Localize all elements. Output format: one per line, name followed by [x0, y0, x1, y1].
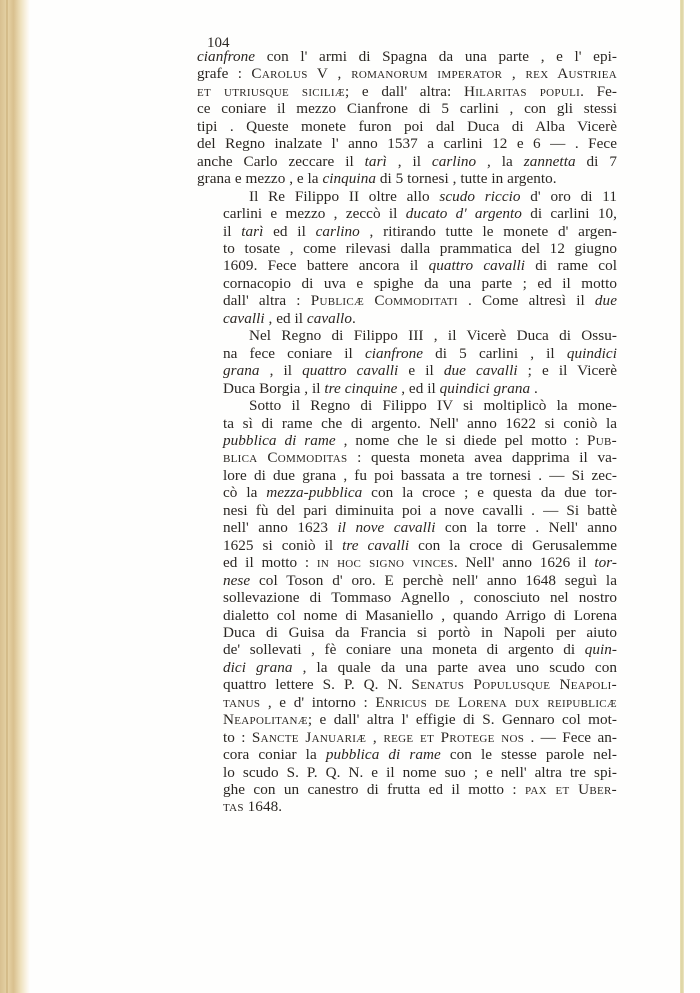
italic-term: pubblica di rame	[326, 746, 441, 763]
italic-term: grana	[223, 362, 260, 379]
text-run: dialetto col nome di Masaniello , quando…	[223, 607, 617, 624]
small-caps-inscription: Publicæ Commoditati	[311, 292, 458, 309]
text-run: ; e dall' altra:	[345, 83, 464, 100]
text-run: to tosate , come rilevasi dalla prammati…	[223, 240, 617, 257]
body-text: cianfrone con l' armi di Spagna da una p…	[197, 48, 617, 816]
text-line: dialetto col nome di Masaniello , quando…	[197, 607, 617, 624]
text-line: carlini e mezzo , zeccò il ducato d' arg…	[197, 205, 617, 222]
paragraph: cianfrone con l' armi di Spagna da una p…	[197, 48, 617, 188]
italic-term: due	[595, 292, 617, 309]
small-caps-inscription: tanus	[223, 694, 260, 711]
text-line: cianfrone con l' armi di Spagna da una p…	[197, 48, 617, 65]
text-line: cora coniar la pubblica di rame con le s…	[197, 746, 617, 763]
text-run: , ritirando tutte le monete d' argen-	[360, 223, 617, 240]
text-run: cornacopio di uva e spighe da una parte …	[223, 275, 617, 292]
italic-term: tarì	[365, 153, 387, 170]
text-run: .	[352, 310, 356, 327]
text-line: Nel Regno di Filippo III , il Vicerè Duc…	[197, 327, 617, 344]
small-caps-inscription: Carolus V , romanorum imperator , rex Au…	[251, 65, 617, 82]
small-caps-inscription: in hoc signo vinces	[317, 554, 454, 571]
text-run: de' sollevati , fè coniare una moneta di…	[223, 641, 585, 658]
text-line: grafe : Carolus V , romanorum imperator …	[197, 65, 617, 82]
italic-term: mezza-pubblica	[266, 484, 362, 501]
text-run: nell' anno 1623	[223, 519, 337, 536]
text-line: Il Re Filippo II oltre allo scudo riccio…	[197, 188, 617, 205]
text-run: , la	[476, 153, 524, 170]
text-run: con la croce ; e questa da due tor-	[362, 484, 617, 501]
small-caps-inscription: et utriusque siciliæ	[197, 83, 345, 100]
text-line: tanus , e d' intorno : Enricus de Lorena…	[197, 694, 617, 711]
italic-term: ducato d' argento	[406, 205, 522, 222]
text-run: anche Carlo zeccare il	[197, 153, 365, 170]
text-run: ; e il Vicerè	[518, 362, 617, 379]
text-run: di carlini 10,	[522, 205, 617, 222]
text-run: carlini e mezzo , zeccò il	[223, 205, 406, 222]
text-run: quattro lettere S. P. Q. N.	[223, 676, 411, 693]
text-line: to : Sancte Januariæ , rege et Protege n…	[197, 729, 617, 746]
text-run: grana e mezzo , e la	[197, 170, 322, 187]
small-caps-inscription: pax et Uber-	[525, 781, 617, 798]
italic-term: quin-	[585, 641, 617, 658]
paragraph: Sotto il Regno di Filippo IV si moltipli…	[197, 397, 617, 816]
small-caps-inscription: Senatus Populusque Neapoli-	[411, 676, 617, 693]
text-run: ghe con un canestro di frutta ed il mott…	[223, 781, 525, 798]
small-caps-inscription: Neapolitanæ	[223, 711, 308, 728]
text-line: to tosate , come rilevasi dalla prammati…	[197, 240, 617, 257]
italic-term: due cavalli	[444, 362, 518, 379]
book-page: 104 cianfrone con l' armi di Spagna da u…	[197, 34, 617, 816]
text-run: nesi fù del pari diminuita poi a nove ca…	[223, 502, 617, 519]
text-line: Neapolitanæ; e dall' altra l' effigie di…	[197, 711, 617, 728]
text-run: ; e dall' altra l' effigie di S. Gennaro…	[308, 711, 617, 728]
page-number: 104	[207, 34, 617, 48]
text-run: 1625 si coniò il	[223, 537, 342, 554]
text-line: lore di due grana , fu poi bassata a tre…	[197, 467, 617, 484]
text-line: nesi fù del pari diminuita poi a nove ca…	[197, 502, 617, 519]
text-run: , il	[260, 362, 303, 379]
text-line: nese col Toson d' oro. E perchè nell' an…	[197, 572, 617, 589]
text-run: con l' armi di Spagna da una parte , e l…	[255, 48, 617, 65]
text-run: .	[530, 380, 538, 397]
text-line: dici grana , la quale da una parte avea …	[197, 659, 617, 676]
text-run: d' oro di 11	[521, 188, 617, 205]
text-run: ta sì di rame che di argento. Nell' anno…	[223, 415, 617, 432]
text-run: con le stesse parole nel-	[441, 746, 617, 763]
small-caps-inscription: Hilaritas populi	[464, 83, 580, 100]
text-run: Il Re Filippo II oltre allo	[249, 188, 439, 205]
text-run: lo scudo S. P. Q. N. e il nome suo ; e n…	[223, 764, 617, 781]
italic-term: tarì	[241, 223, 263, 240]
text-run: ed il	[263, 223, 315, 240]
text-line: tipi . Queste monete furon poi dal Duca …	[197, 118, 617, 135]
italic-term: zannetta	[524, 153, 576, 170]
text-line: tas 1648.	[197, 798, 617, 815]
text-line: lo scudo S. P. Q. N. e il nome suo ; e n…	[197, 764, 617, 781]
italic-term: carlino	[432, 153, 476, 170]
text-run: col Toson d' oro. E perchè nell' anno 16…	[250, 572, 617, 589]
text-line: cò la mezza-pubblica con la croce ; e qu…	[197, 484, 617, 501]
text-run: con la croce di Gerusalemme	[409, 537, 617, 554]
italic-term: tre cinquine	[324, 380, 397, 397]
text-line: nell' anno 1623 il nove cavalli con la t…	[197, 519, 617, 536]
text-line: blica Commoditas : questa moneta avea da…	[197, 449, 617, 466]
text-run: di rame col	[525, 257, 617, 274]
text-line: ce coniare il mezzo Cianfrone di 5 carli…	[197, 100, 617, 117]
text-run: ed il motto :	[223, 554, 317, 571]
text-line: et utriusque siciliæ; e dall' altra: Hil…	[197, 83, 617, 100]
text-line: ed il motto : in hoc signo vinces. Nell'…	[197, 554, 617, 571]
text-line: grana e mezzo , e la cinquina di 5 torne…	[197, 170, 617, 187]
text-run: Nel Regno di Filippo III , il Vicerè Duc…	[249, 327, 617, 344]
text-line: pubblica di rame , nome che le si diede …	[197, 432, 617, 449]
text-run: . Fe-	[580, 83, 617, 100]
text-run: del Regno inalzate l' anno 1537 a carlin…	[197, 135, 617, 152]
text-run: dall' altra :	[223, 292, 311, 309]
text-run: . Come altresì il	[458, 292, 595, 309]
text-line: ta sì di rame che di argento. Nell' anno…	[197, 415, 617, 432]
text-line: anche Carlo zeccare il tarì , il carlino…	[197, 153, 617, 170]
italic-term: cavallo	[307, 310, 352, 327]
text-run: e il	[398, 362, 443, 379]
small-caps-inscription: blica Commoditas	[223, 449, 347, 466]
text-run: di 5 tornesi , tutte in argento.	[376, 170, 557, 187]
italic-term: pubblica di rame	[223, 432, 336, 449]
italic-term: quindici grana	[440, 380, 531, 397]
text-run: con la torre . Nell' anno	[435, 519, 617, 536]
text-run: . Nell' anno 1626 il	[454, 554, 595, 571]
text-run: . — Fece an-	[524, 729, 617, 746]
small-caps-inscription: Enricus de Lorena dux reipublicæ	[375, 694, 617, 711]
text-line: Duca Borgia , il tre cinquine , ed il qu…	[197, 380, 617, 397]
text-run: , ed il	[265, 310, 307, 327]
italic-term: carlino	[316, 223, 360, 240]
text-run: , nome che le si diede pel motto :	[336, 432, 587, 449]
text-line: del Regno inalzate l' anno 1537 a carlin…	[197, 135, 617, 152]
small-caps-inscription: tas	[223, 798, 244, 815]
text-line: na fece coniare il cianfrone di 5 carlin…	[197, 345, 617, 362]
paragraph: Il Re Filippo II oltre allo scudo riccio…	[197, 188, 617, 328]
text-line: cornacopio di uva e spighe da una parte …	[197, 275, 617, 292]
text-run: cò la	[223, 484, 266, 501]
italic-term: quindici	[567, 345, 617, 362]
text-run: Sotto il Regno di Filippo IV si moltipli…	[249, 397, 617, 414]
italic-term: cavalli	[223, 310, 265, 327]
text-line: de' sollevati , fè coniare una moneta di…	[197, 641, 617, 658]
text-line: ghe con un canestro di frutta ed il mott…	[197, 781, 617, 798]
text-run: , il	[387, 153, 432, 170]
text-run: 1648.	[244, 798, 282, 815]
text-run: to :	[223, 729, 252, 746]
text-run: na fece coniare il	[223, 345, 365, 362]
text-line: cavalli , ed il cavallo.	[197, 310, 617, 327]
italic-term: cianfrone	[197, 48, 255, 65]
small-caps-inscription: Pub-	[587, 432, 617, 449]
text-run: Duca Borgia , il	[223, 380, 324, 397]
paragraph: Nel Regno di Filippo III , il Vicerè Duc…	[197, 327, 617, 397]
text-run: lore di due grana , fu poi bassata a tre…	[223, 467, 617, 484]
small-caps-inscription: Sancte Januariæ , rege et Protege nos	[252, 729, 524, 746]
text-run: , la quale da una parte avea uno scudo c…	[293, 659, 617, 676]
text-run: , e d' intorno :	[260, 694, 375, 711]
text-run: cora coniar la	[223, 746, 326, 763]
text-line: il tarì ed il carlino , ritirando tutte …	[197, 223, 617, 240]
italic-term: quattro cavalli	[302, 362, 398, 379]
text-line: quattro lettere S. P. Q. N. Senatus Popu…	[197, 676, 617, 693]
italic-term: tor-	[594, 554, 617, 571]
text-run: Duca di Guisa da Francia si portò in Nap…	[223, 624, 617, 641]
text-run: grafe :	[197, 65, 251, 82]
book-spine-edge	[0, 0, 30, 993]
text-run: sollevazione di Tommaso Agnello , conosc…	[223, 589, 617, 606]
text-line: dall' altra : Publicæ Commoditati . Come…	[197, 292, 617, 309]
italic-term: dici grana	[223, 659, 293, 676]
text-run: tipi . Queste monete furon poi dal Duca …	[197, 118, 617, 135]
text-run: il	[223, 223, 241, 240]
text-line: Sotto il Regno di Filippo IV si moltipli…	[197, 397, 617, 414]
text-run: 1609. Fece battere ancora il	[223, 257, 429, 274]
page-fore-edge	[680, 0, 700, 993]
italic-term: tre cavalli	[342, 537, 409, 554]
text-line: Duca di Guisa da Francia si portò in Nap…	[197, 624, 617, 641]
italic-term: cianfrone	[365, 345, 423, 362]
text-run: , ed il	[397, 380, 439, 397]
text-line: 1625 si coniò il tre cavalli con la croc…	[197, 537, 617, 554]
text-run: di 5 carlini , il	[423, 345, 567, 362]
text-line: 1609. Fece battere ancora il quattro cav…	[197, 257, 617, 274]
italic-term: nese	[223, 572, 250, 589]
italic-term: il nove cavalli	[337, 519, 435, 536]
italic-term: cinquina	[322, 170, 376, 187]
text-line: sollevazione di Tommaso Agnello , conosc…	[197, 589, 617, 606]
italic-term: quattro cavalli	[429, 257, 525, 274]
italic-term: scudo riccio	[439, 188, 520, 205]
text-run: : questa moneta avea dapprima il va-	[347, 449, 617, 466]
text-run: ce coniare il mezzo Cianfrone di 5 carli…	[197, 100, 617, 117]
text-run: di 7	[576, 153, 617, 170]
text-line: grana , il quattro cavalli e il due cava…	[197, 362, 617, 379]
